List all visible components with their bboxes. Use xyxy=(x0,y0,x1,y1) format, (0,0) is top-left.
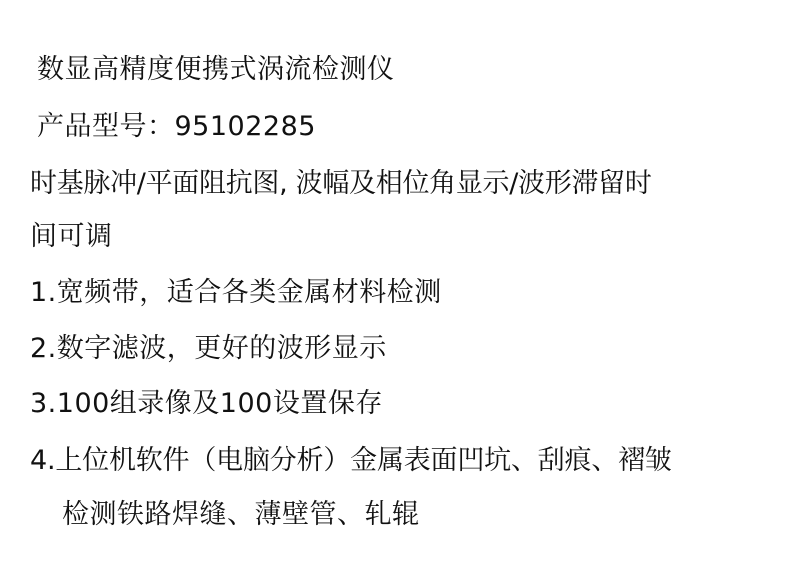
feature-item-4-continuation: 检测铁路焊缝、薄壁管、轧辊 xyxy=(62,498,420,532)
description-line-2: 间可调 xyxy=(30,220,113,254)
model-number: 95102285 xyxy=(175,111,316,142)
product-title: 数显高精度便携式涡流检测仪 xyxy=(37,53,395,87)
feature-item-2: 2.数字滤波，更好的波形显示 xyxy=(30,332,387,366)
feature-item-3: 3.100组录像及100设置保存 xyxy=(30,387,383,421)
product-spec-document: 数显高精度便携式涡流检测仪 产品型号：95102285 时基脉冲/平面阻抗图, … xyxy=(0,0,800,580)
description-line-1: 时基脉冲/平面阻抗图, 波幅及相位角显示/波形滞留时 xyxy=(30,167,652,201)
model-label: 产品型号： xyxy=(37,111,175,142)
feature-item-1: 1.宽频带，适合各类金属材料检测 xyxy=(30,276,442,310)
model-number-line: 产品型号：95102285 xyxy=(37,110,316,144)
feature-item-4: 4.上位机软件（电脑分析）金属表面凹坑、刮痕、褶皱 xyxy=(30,444,672,478)
